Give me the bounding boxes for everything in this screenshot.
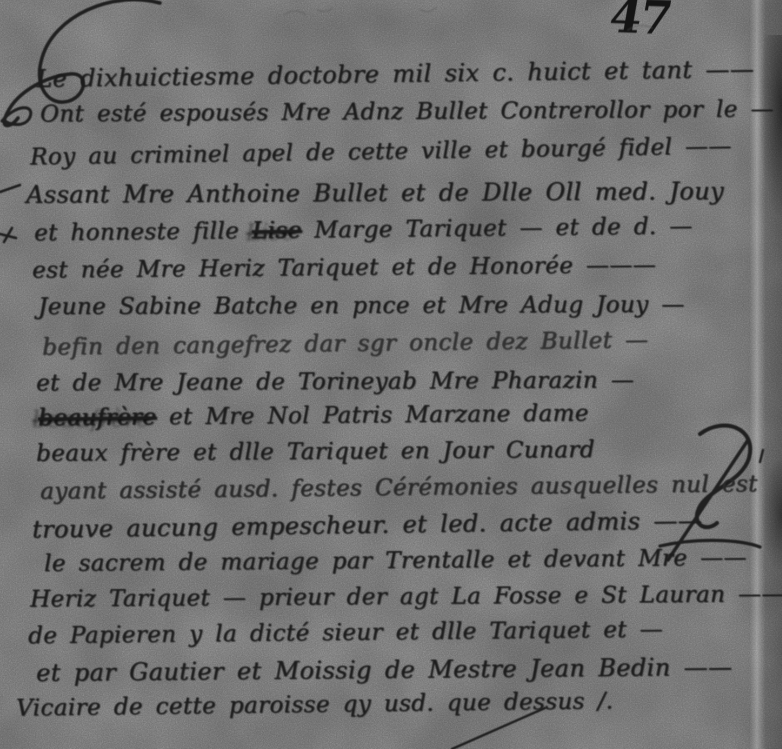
manuscript-page: 47 Le dixhuictiesme doctobre mil six c. … bbox=[0, 0, 782, 749]
right-paraph-tick bbox=[760, 450, 763, 462]
manuscript-line: et honneste fille Lise Marge Tariquet — … bbox=[34, 214, 693, 247]
manuscript-text-segment: et Mre Nol Patris Marzane dame bbox=[156, 401, 589, 431]
manuscript-text-segment: ayant assisté ausd. festes Cérémonies au… bbox=[40, 471, 758, 505]
manuscript-text-segment: Ont esté espousés Mre Adnz Bullet Contre… bbox=[40, 96, 774, 127]
manuscript-line: beaufrère et Mre Nol Patris Marzane dame bbox=[38, 401, 589, 432]
manuscript-text-segment: de Papieren y la dicté sieur et dlle Tar… bbox=[28, 617, 663, 650]
page-number: 47 bbox=[605, 0, 674, 45]
right-paraph-diagonal bbox=[668, 440, 748, 560]
manuscript-line: Le dixhuictiesme doctobre mil six c. hui… bbox=[36, 55, 754, 93]
manuscript-line: Vicaire de cette paroisse qy usd. que de… bbox=[16, 688, 614, 721]
initial-flourish-curl bbox=[2, 108, 31, 125]
gutter-dark-patch bbox=[762, 460, 782, 570]
manuscript-text-segment: beaux frère et dlle Tariquet en Jour Cun… bbox=[36, 437, 595, 467]
ghost-mark bbox=[285, 8, 332, 14]
ghost-mark bbox=[420, 8, 436, 12]
manuscript-text-segment: Vicaire de cette paroisse qy usd. que de… bbox=[16, 688, 614, 721]
manuscript-text-segment: Heriz Tariquet — prieur der agt La Fosse… bbox=[30, 581, 782, 612]
ink-smudge bbox=[140, 420, 280, 520]
manuscript-line: Jeune Sabine Batche en pnce et Mre Adug … bbox=[38, 292, 685, 320]
manuscript-text-segment: et de Mre Jeane de Torineyab Mre Pharazi… bbox=[36, 367, 634, 396]
manuscript-line: et par Gautier et Moissig de Mestre Jean… bbox=[36, 653, 733, 687]
manuscript-line: Roy au criminel apel de cette ville et b… bbox=[30, 133, 732, 170]
manuscript-text-segment: et honneste fille bbox=[34, 218, 252, 246]
manuscript-line: est née Mre Heriz Tariquet et de Honorée… bbox=[32, 252, 656, 283]
manuscript-text-segment: le sacrem de mariage par Trentalle et de… bbox=[44, 545, 747, 577]
manuscript-text-segment: Roy au criminel apel de cette ville et b… bbox=[30, 133, 732, 170]
struck-word: beaufrère bbox=[38, 404, 156, 431]
manuscript-line: ayant assisté ausd. festes Cérémonies au… bbox=[40, 471, 758, 505]
manuscript-line: le sacrem de mariage par Trentalle et de… bbox=[44, 545, 747, 577]
manuscript-text-segment: Marge Tariquet — et de d. — bbox=[301, 214, 692, 244]
struck-word: Lise bbox=[252, 218, 302, 245]
manuscript-line: Ont esté espousés Mre Adnz Bullet Contre… bbox=[40, 96, 774, 127]
showthrough-ghost-marks bbox=[230, 0, 550, 50]
manuscript-line: trouve aucung empescheur. et led. acte a… bbox=[32, 506, 702, 543]
manuscript-line: befin den cangefrez dar sgr oncle dez Bu… bbox=[42, 327, 649, 360]
manuscript-text-segment: Jeune Sabine Batche en pnce et Mre Adug … bbox=[38, 292, 685, 320]
manuscript-line: beaux frère et dlle Tariquet en Jour Cun… bbox=[36, 437, 595, 467]
manuscript-text-segment: et par Gautier et Moissig de Mestre Jean… bbox=[36, 653, 733, 687]
margin-mark bbox=[0, 228, 16, 242]
manuscript-text-segment: befin den cangefrez dar sgr oncle dez Bu… bbox=[42, 327, 649, 360]
manuscript-line: Heriz Tariquet — prieur der agt La Fosse… bbox=[30, 581, 782, 612]
manuscript-text-segment: Le dixhuictiesme doctobre mil six c. hui… bbox=[36, 55, 754, 93]
margin-mark bbox=[0, 185, 20, 192]
manuscript-text-segment: trouve aucung empescheur. et led. acte a… bbox=[32, 506, 702, 543]
gutter-dark-patch bbox=[760, 35, 782, 215]
manuscript-text-segment: est née Mre Heriz Tariquet et de Honorée… bbox=[32, 252, 656, 283]
manuscript-line: de Papieren y la dicté sieur et dlle Tar… bbox=[28, 617, 663, 650]
manuscript-text-segment: Assant Mre Anthoine Bullet et de Dlle Ol… bbox=[26, 177, 724, 209]
manuscript-line: Assant Mre Anthoine Bullet et de Dlle Ol… bbox=[26, 177, 724, 209]
manuscript-line: et de Mre Jeane de Torineyab Mre Pharazi… bbox=[36, 367, 634, 396]
